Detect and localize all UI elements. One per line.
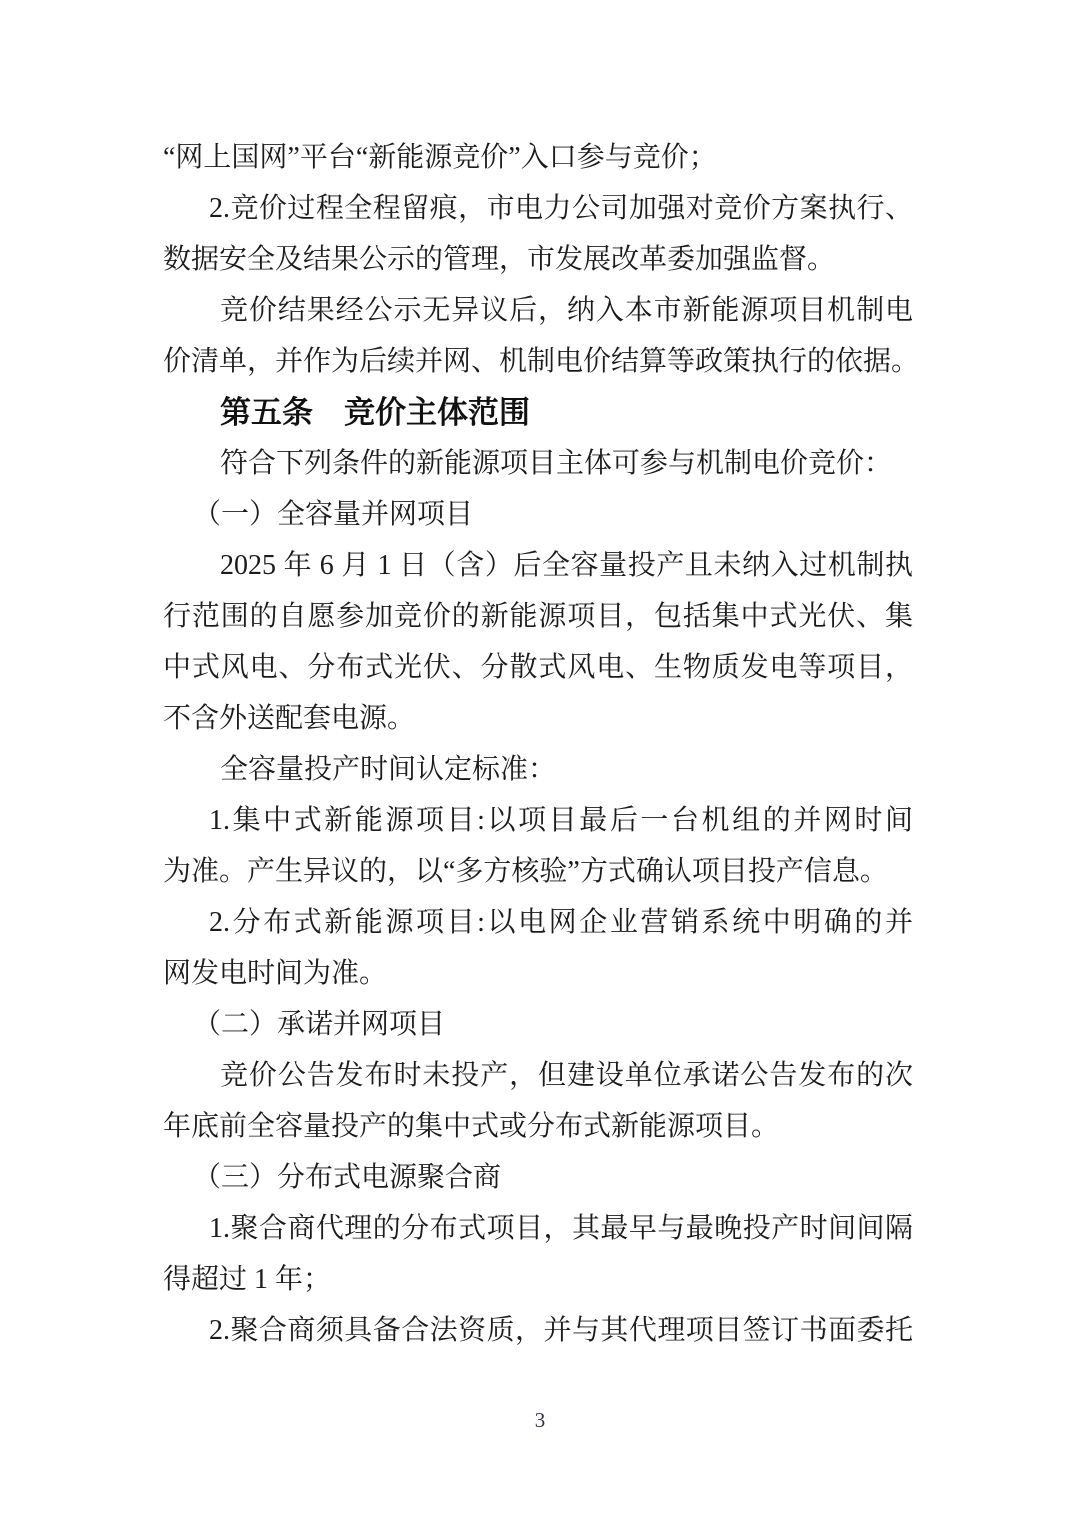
document-line: 价清单，并作为后续并网、机制电价结算等政策执行的依据。 — [163, 336, 913, 387]
document-line: “网上国网”平台“新能源竞价”入口参与竞价； — [163, 132, 913, 183]
document-line: 竞价公告发布时未投产，但建设单位承诺公告发布的次 — [163, 1050, 913, 1101]
document-line: 2.聚合商须具备合法资质，并与其代理项目签订书面委托协 — [163, 1305, 913, 1356]
document-line: 数据安全及结果公示的管理，市发展改革委加强监督。 — [163, 234, 913, 285]
document-line: （一）全容量并网项目 — [163, 489, 913, 540]
document-line: 第五条 竞价主体范围 — [163, 387, 913, 438]
page-number: 3 — [0, 1405, 1080, 1435]
document-line: 2025 年 6 月 1 日（含）后全容量投产且未纳入过机制执 — [163, 540, 913, 591]
document-line: 符合下列条件的新能源项目主体可参与机制电价竞价： — [163, 438, 913, 489]
document-line: 年底前全容量投产的集中式或分布式新能源项目。 — [163, 1101, 913, 1152]
document-line: （三）分布式电源聚合商 — [163, 1152, 913, 1203]
document-line: 为准。产生异议的，以“多方核验”方式确认项目投产信息。 — [163, 846, 913, 897]
document-line: 竞价结果经公示无异议后，纳入本市新能源项目机制电 — [163, 285, 913, 336]
document-line: （二）承诺并网项目 — [163, 999, 913, 1050]
document-line: 行范围的自愿参加竞价的新能源项目，包括集中式光伏、集 — [163, 591, 913, 642]
document-page: “网上国网”平台“新能源竞价”入口参与竞价；2.竞价过程全程留痕，市电力公司加强… — [0, 0, 1080, 1527]
document-line: 得超过 1 年； — [163, 1254, 913, 1305]
document-line: 网发电时间为准。 — [163, 948, 913, 999]
document-line: 不含外送配套电源。 — [163, 693, 913, 744]
document-line: 全容量投产时间认定标准： — [163, 744, 913, 795]
document-line: 中式风电、分布式光伏、分散式风电、生物质发电等项目， — [163, 642, 913, 693]
document-body: “网上国网”平台“新能源竞价”入口参与竞价；2.竞价过程全程留痕，市电力公司加强… — [163, 132, 913, 1356]
document-line: 2.分布式新能源项目:以电网企业营销系统中明确的并 — [163, 897, 913, 948]
document-line: 1.集中式新能源项目:以项目最后一台机组的并网时间 — [163, 795, 913, 846]
document-line: 2.竞价过程全程留痕，市电力公司加强对竞价方案执行、 — [163, 183, 913, 234]
document-line: 1.聚合商代理的分布式项目，其最早与最晚投产时间间隔不 — [163, 1203, 913, 1254]
